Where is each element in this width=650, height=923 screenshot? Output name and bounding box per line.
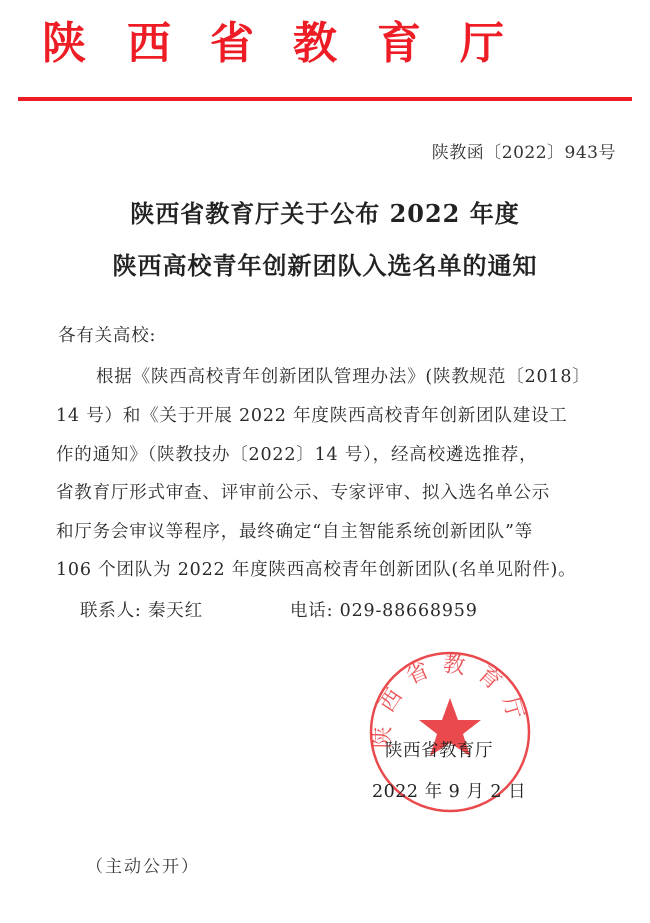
body-line: 和厅务会审议等程序，最终确定“自主智能系统创新团队”等 — [56, 518, 533, 543]
salutation: 各有关高校: — [58, 322, 156, 347]
body-line: 作的通知》（陕教技办〔2022〕14 号），经高校遴选推荐， — [56, 441, 537, 466]
disclosure-type: （主动公开） — [86, 852, 200, 877]
contact-person: 联系人: 秦天红 — [80, 597, 203, 622]
signature-org: 陕西省教育厅 — [385, 737, 493, 762]
red-divider — [18, 97, 632, 101]
document-number: 陕教函〔2022〕943号 — [432, 138, 616, 163]
body-line: 省教育厅形式审查、评审前公示、专家评审、拟入选名单公示 — [56, 479, 550, 504]
contact-phone-label: 电话: — [290, 601, 333, 621]
masthead-char: 陕 — [42, 14, 86, 74]
masthead-char: 教 — [293, 14, 337, 74]
masthead: 陕 西 省 教 育 厅 — [0, 14, 650, 74]
contact-person-label: 联系人: — [80, 601, 142, 621]
signature-date: 2022 年 9 月 2 日 — [372, 778, 526, 803]
contact-phone-value: 029-88668959 — [340, 601, 478, 621]
masthead-char: 育 — [377, 14, 421, 74]
contact-person-name: 秦天红 — [148, 601, 203, 621]
contact-phone: 电话: 029-88668959 — [290, 597, 478, 622]
masthead-char: 西 — [127, 14, 171, 74]
masthead-char: 省 — [210, 14, 254, 74]
masthead-char: 厅 — [460, 14, 504, 74]
body-line: 106 个团队为 2022 年度陕西高校青年创新团队(名单见附件)。 — [56, 556, 576, 581]
body-line: 14 号）和《关于开展 2022 年度陕西高校青年创新团队建设工 — [56, 402, 568, 427]
body-line: 根据《陕西高校青年创新团队管理办法》(陕教规范〔2018〕 — [96, 363, 591, 388]
title-line-1: 陕西省教育厅关于公布 2022 年度 — [0, 194, 650, 229]
title-line-2: 陕西高校青年创新团队入选名单的通知 — [0, 246, 650, 281]
